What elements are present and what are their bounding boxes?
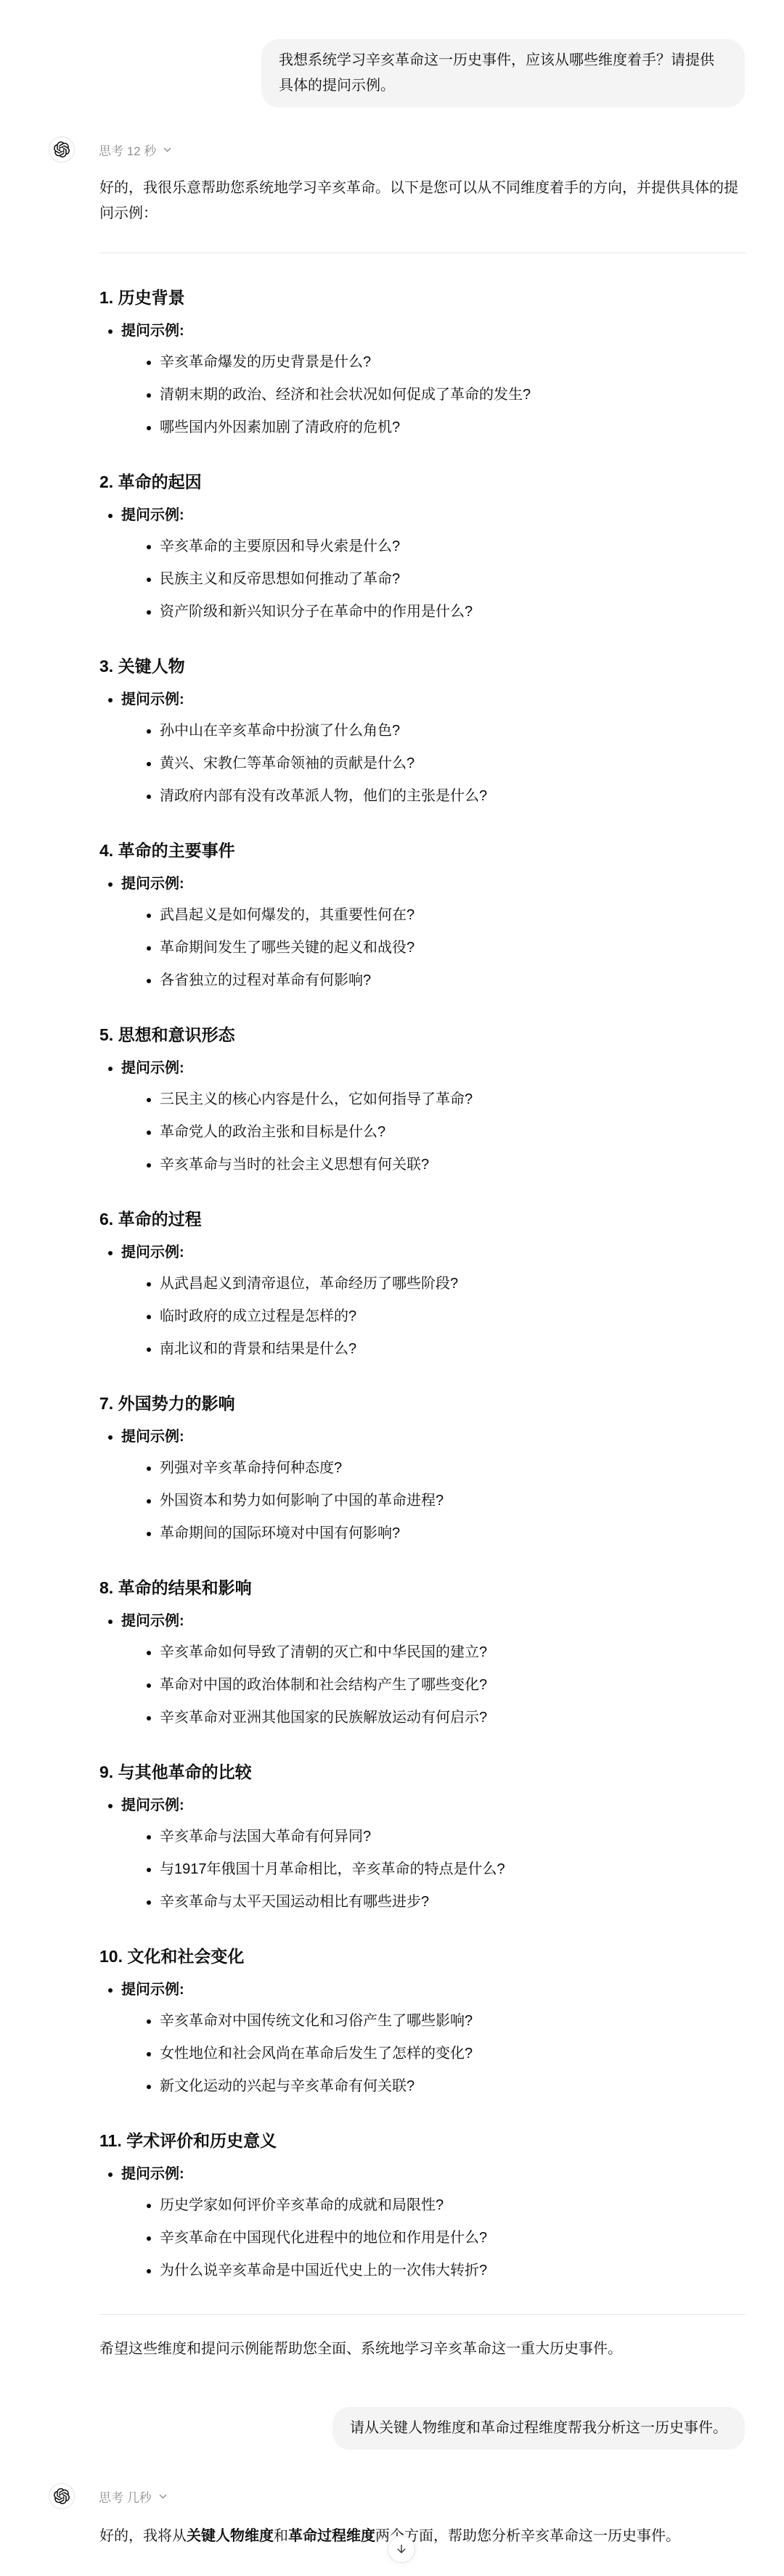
prompt-example-label: 提问示例: (121, 1060, 184, 1076)
section-major-events: 4. 革命的主要事件 提问示例: 武昌起义是如何爆发的，其重要性何在? 革命期间… (99, 840, 745, 990)
prompt-example-item: 提问示例: 孙中山在辛亥革命中扮演了什么角色? 黄兴、宋教仁等革命领袖的贡献是什… (121, 689, 745, 806)
question-item: 革命期间的国际环境对中国有何影响? (160, 1523, 745, 1543)
question-item: 辛亥革命在中国现代化进程中的地位和作用是什么? (160, 2228, 745, 2248)
user-message-row: 我想系统学习辛亥革命这一历史事件，应该从哪些维度着手？请提供具体的提问示例。 (0, 39, 784, 107)
prompt-example-item: 提问示例: 历史学家如何评价辛亥革命的成就和局限性? 辛亥革命在中国现代化进程中… (121, 2163, 745, 2281)
reply-bold-key-figures: 关键人物维度 (187, 2528, 274, 2544)
section-foreign-influence: 7. 外国势力的影响 提问示例: 列强对辛亥革命持何种态度? 外国资本和势力如何… (99, 1392, 745, 1543)
prompt-example-label: 提问示例: (121, 1429, 184, 1445)
thinking-row: 思考 几秒 (49, 2483, 745, 2509)
question-item: 清朝末期的政治、经济和社会状况如何促成了革命的发生? (160, 385, 745, 405)
prompt-example-label: 提问示例: (121, 692, 184, 707)
thinking-row: 思考 12 秒 (49, 136, 745, 163)
thinking-duration-label: 思考 几秒 (99, 2487, 152, 2506)
reply-bold-process: 革命过程维度 (288, 2528, 375, 2544)
reply-text: 和 (274, 2528, 288, 2544)
question-item: 女性地位和社会风尚在革命后发生了怎样的变化? (160, 2043, 745, 2064)
section-heading: 4. 革命的主要事件 (99, 840, 745, 861)
thinking-toggle[interactable]: 思考 几秒 (99, 2487, 168, 2506)
question-item: 新文化运动的兴起与辛亥革命有何关联? (160, 2076, 745, 2096)
section-heading: 7. 外国势力的影响 (99, 1392, 745, 1414)
openai-logo-icon (54, 2488, 70, 2504)
assistant-avatar (49, 136, 75, 163)
prompt-example-item: 提问示例: 辛亥革命的主要原因和导火索是什么? 民族主义和反帝思想如何推动了革命… (121, 504, 745, 622)
section-heading: 5. 思想和意识形态 (99, 1024, 745, 1046)
question-item: 革命党人的政治主张和目标是什么? (160, 1122, 745, 1142)
section-comparison: 9. 与其他革命的比较 提问示例: 辛亥革命与法国大革命有何异同? 与1917年… (99, 1761, 745, 1912)
question-item: 辛亥革命对中国传统文化和习俗产生了哪些影响? (160, 2011, 745, 2031)
section-culture-society: 10. 文化和社会变化 提问示例: 辛亥革命对中国传统文化和习俗产生了哪些影响?… (99, 1945, 745, 2096)
prompt-example-item: 提问示例: 武昌起义是如何爆发的，其重要性何在? 革命期间发生了哪些关键的起义和… (121, 873, 745, 990)
prompt-example-item: 提问示例: 辛亥革命与法国大革命有何异同? 与1917年俄国十月革命相比，辛亥革… (121, 1794, 745, 1912)
intro-paragraph: 好的，我很乐意帮助您系统地学习辛亥革命。以下是您可以从不同维度着手的方向，并提供… (99, 176, 745, 226)
question-item: 革命对中国的政治体制和社会结构产生了哪些变化? (160, 1675, 745, 1695)
section-historical-background: 1. 历史背景 提问示例: 辛亥革命爆发的历史背景是什么? 清朝末期的政治、经济… (99, 287, 745, 438)
question-item: 哪些国内外因素加剧了清政府的危机? (160, 417, 745, 438)
question-item: 为什么说辛亥革命是中国近代史上的一次伟大转折? (160, 2260, 745, 2281)
prompt-example-label: 提问示例: (121, 1797, 184, 1813)
question-item: 辛亥革命爆发的历史背景是什么? (160, 352, 745, 372)
prompt-example-label: 提问示例: (121, 876, 184, 892)
question-item: 辛亥革命对亚洲其他国家的民族解放运动有何启示? (160, 1707, 745, 1728)
question-item: 各省独立的过程对革命有何影响? (160, 970, 745, 990)
section-heading: 11. 学术评价和历史意义 (99, 2130, 745, 2152)
question-item: 辛亥革命与当时的社会主义思想有何关联? (160, 1154, 745, 1175)
question-item: 民族主义和反帝思想如何推动了革命? (160, 569, 745, 589)
question-item: 辛亥革命与法国大革命有何异同? (160, 1826, 745, 1847)
prompt-example-item: 提问示例: 列强对辛亥革命持何种态度? 外国资本和势力如何影响了中国的革命进程?… (121, 1426, 745, 1543)
prompt-example-item: 提问示例: 三民主义的核心内容是什么，它如何指导了革命? 革命党人的政治主张和目… (121, 1057, 745, 1175)
question-item: 列强对辛亥革命持何种态度? (160, 1458, 745, 1478)
prompt-example-label: 提问示例: (121, 323, 184, 339)
prompt-example-item: 提问示例: 辛亥革命如何导致了清朝的灭亡和中华民国的建立? 革命对中国的政治体制… (121, 1610, 745, 1728)
question-item: 与1917年俄国十月革命相比，辛亥革命的特点是什么? (160, 1859, 745, 1879)
question-item: 辛亥革命的主要原因和导火索是什么? (160, 536, 745, 557)
section-heading: 1. 历史背景 (99, 287, 745, 308)
section-academic-evaluation: 11. 学术评价和历史意义 提问示例: 历史学家如何评价辛亥革命的成就和局限性?… (99, 2130, 745, 2281)
question-item: 外国资本和势力如何影响了中国的革命进程? (160, 1490, 745, 1511)
section-ideology: 5. 思想和意识形态 提问示例: 三民主义的核心内容是什么，它如何指导了革命? … (99, 1024, 745, 1175)
prompt-example-item: 提问示例: 辛亥革命爆发的历史背景是什么? 清朝末期的政治、经济和社会状况如何促… (121, 320, 745, 438)
question-item: 资产阶级和新兴知识分子在革命中的作用是什么? (160, 602, 745, 622)
reply-text: 两个方面，帮助您分析辛亥革命这一历史事件。 (375, 2528, 680, 2544)
section-results-impact: 8. 革命的结果和影响 提问示例: 辛亥革命如何导致了清朝的灭亡和中华民国的建立… (99, 1577, 745, 1728)
section-causes: 2. 革命的起因 提问示例: 辛亥革命的主要原因和导火索是什么? 民族主义和反帝… (99, 471, 745, 622)
user-message-bubble: 请从关键人物维度和革命过程维度帮我分析这一历史事件。 (332, 2407, 745, 2450)
question-item: 南北议和的背景和结果是什么? (160, 1339, 745, 1359)
assistant-message: 好的，我很乐意帮助您系统地学习辛亥革命。以下是您可以从不同维度着手的方向，并提供… (99, 176, 745, 2362)
chat-page: 我想系统学习辛亥革命这一历史事件，应该从哪些维度着手？请提供具体的提问示例。 思… (0, 0, 784, 2576)
thinking-duration-label: 思考 12 秒 (99, 141, 156, 159)
section-heading: 10. 文化和社会变化 (99, 1945, 745, 1967)
prompt-example-item: 提问示例: 辛亥革命对中国传统文化和习俗产生了哪些影响? 女性地位和社会风尚在革… (121, 1979, 745, 2096)
prompt-example-label: 提问示例: (121, 1982, 184, 1998)
question-item: 三民主义的核心内容是什么，它如何指导了革命? (160, 1089, 745, 1109)
section-heading: 3. 关键人物 (99, 655, 745, 677)
assistant-turn: 思考 12 秒 好的，我很乐意帮助您系统地学习辛亥革命。以下是您可以从不同维度着… (49, 136, 745, 2362)
question-item: 临时政府的成立过程是怎样的? (160, 1306, 745, 1326)
question-item: 武昌起义是如何爆发的，其重要性何在? (160, 905, 745, 925)
final-paragraph: 好的，我将从关键人物维度和革命过程维度两个方面，帮助您分析辛亥革命这一历史事件。 (99, 2524, 745, 2549)
prompt-example-label: 提问示例: (121, 507, 184, 523)
divider (99, 253, 746, 253)
section-heading: 2. 革命的起因 (99, 471, 745, 493)
section-heading: 8. 革命的结果和影响 (99, 1577, 745, 1599)
divider (99, 2314, 746, 2315)
question-item: 从武昌起义到清帝退位，革命经历了哪些阶段? (160, 1273, 745, 1294)
question-item: 黄兴、宋教仁等革命领袖的贡献是什么? (160, 753, 745, 774)
user-message-bubble: 我想系统学习辛亥革命这一历史事件，应该从哪些维度着手？请提供具体的提问示例。 (261, 39, 745, 107)
prompt-example-item: 提问示例: 从武昌起义到清帝退位，革命经历了哪些阶段? 临时政府的成立过程是怎样… (121, 1242, 745, 1359)
openai-logo-icon (54, 141, 70, 157)
section-heading: 6. 革命的过程 (99, 1208, 745, 1230)
thinking-toggle[interactable]: 思考 12 秒 (99, 141, 172, 159)
scroll-to-bottom-button[interactable] (388, 2535, 415, 2563)
section-heading: 9. 与其他革命的比较 (99, 1761, 745, 1783)
question-item: 孙中山在辛亥革命中扮演了什么角色? (160, 721, 745, 741)
prompt-example-label: 提问示例: (121, 2166, 184, 2182)
reply-text: 好的，我将从 (99, 2528, 187, 2544)
closing-paragraph: 希望这些维度和提问示例能帮助您全面、系统地学习辛亥革命这一重大历史事件。 (99, 2337, 745, 2362)
question-item: 辛亥革命如何导致了清朝的灭亡和中华民国的建立? (160, 1642, 745, 1662)
assistant-message: 好的，我将从关键人物维度和革命过程维度两个方面，帮助您分析辛亥革命这一历史事件。 (99, 2524, 745, 2549)
section-key-figures: 3. 关键人物 提问示例: 孙中山在辛亥革命中扮演了什么角色? 黄兴、宋教仁等革… (99, 655, 745, 806)
user-message-row: 请从关键人物维度和革命过程维度帮我分析这一历史事件。 (0, 2407, 784, 2450)
question-item: 清政府内部有没有改革派人物，他们的主张是什么? (160, 786, 745, 806)
chevron-down-icon (158, 2492, 168, 2501)
arrow-down-icon (395, 2543, 408, 2556)
prompt-example-label: 提问示例: (121, 1244, 184, 1260)
assistant-avatar (49, 2483, 75, 2509)
question-item: 革命期间发生了哪些关键的起义和战役? (160, 938, 745, 958)
chevron-down-icon (163, 145, 172, 155)
question-item: 历史学家如何评价辛亥革命的成就和局限性? (160, 2195, 745, 2215)
question-item: 辛亥革命与太平天国运动相比有哪些进步? (160, 1892, 745, 1912)
prompt-example-label: 提问示例: (121, 1613, 184, 1629)
section-process: 6. 革命的过程 提问示例: 从武昌起义到清帝退位，革命经历了哪些阶段? 临时政… (99, 1208, 745, 1359)
